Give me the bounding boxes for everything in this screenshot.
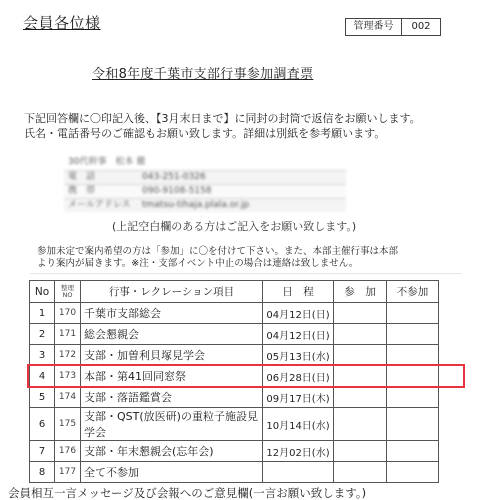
footer-message-heading: 会員相互一言メッセージ及び会報へのご意見欄(一言お願い致します。) — [8, 485, 366, 500]
notes-line-1: 参加未定で案内希望の方は「参加」に〇を付けて下さい。また、本部主催行事は本部 — [37, 246, 398, 258]
cell-serial: 176 — [55, 441, 81, 462]
cell-attend-checkbox[interactable] — [334, 462, 387, 483]
cell-no: 7 — [30, 441, 55, 462]
contact-key: 携 帯 — [64, 185, 138, 198]
cell-no: 5 — [30, 387, 55, 408]
cell-date: 10月14日(水) — [263, 408, 334, 441]
header-date: 日 程 — [263, 281, 334, 303]
intro-line-2: 氏名・電話番号のご確認もお願い致します。詳細は別紙を参考願います。 — [24, 126, 421, 141]
table-row: 8 177 全て不参加 — [30, 462, 439, 483]
cell-item: 本部・第41回同窓祭 — [81, 366, 263, 387]
event-participation-table: No 整理 NO 行事・レクレーション項目 日 程 参 加 不参加 1 170 … — [29, 280, 439, 483]
addressee-heading: 会員各位様 — [23, 12, 101, 33]
cell-serial: 171 — [55, 324, 81, 345]
cell-item: 支部・落語鑑賞会 — [81, 387, 263, 408]
cell-attend-checkbox[interactable] — [334, 303, 387, 324]
cell-attend-checkbox[interactable] — [334, 324, 387, 345]
table-row: 7 176 支部・年末懇親会(忘年会) 12月02日(水) — [30, 441, 439, 462]
management-number-value: 002 — [402, 19, 440, 35]
cell-serial: 173 — [55, 366, 81, 387]
cell-date: 09月17日(木) — [263, 387, 334, 408]
table-row: 5 174 支部・落語鑑賞会 09月17日(木) — [30, 387, 439, 408]
contact-value: 090-9108-5158 — [138, 185, 346, 198]
cell-attend-checkbox[interactable] — [334, 366, 387, 387]
notes-line-2: より案内が届きます。※注・支部イベント中止の場合は連絡は致しません。 — [37, 258, 398, 270]
cell-not-attend-checkbox[interactable] — [387, 408, 439, 441]
notes-divider — [30, 273, 462, 274]
cell-item: 支部・QST(放医研)の重粒子施設見学会 — [81, 408, 263, 441]
contact-note: (上記空白欄のある方はご記入をお願い致します。) — [112, 218, 356, 234]
cell-date: 06月28日(日) — [263, 366, 334, 387]
contact-block-blurred: 30代幹事 松本 徹 電 話 043-251-0326 携 帯 090-9108… — [64, 154, 346, 212]
cell-date: 05月13日(水) — [263, 345, 334, 366]
intro-text: 下記回答欄に〇印記入後、【3月末日まで】に同封の封筒で返信をお願いします。 氏名… — [24, 111, 421, 141]
cell-no: 2 — [30, 324, 55, 345]
intro-line-1: 下記回答欄に〇印記入後、【3月末日まで】に同封の封筒で返信をお願いします。 — [24, 111, 421, 126]
table-row: 1 170 千葉市支部総会 04月12日(日) — [30, 303, 439, 324]
cell-attend-checkbox[interactable] — [334, 408, 387, 441]
cell-not-attend-checkbox[interactable] — [387, 324, 439, 345]
header-serial: 整理 NO — [55, 281, 81, 303]
cell-not-attend-checkbox[interactable] — [387, 387, 439, 408]
table-row: 3 172 支部・加曽利貝塚見学会 05月13日(水) — [30, 345, 439, 366]
cell-no: 8 — [30, 462, 55, 483]
contact-row-email: メールアドレス tmatsu-tihaja.plala.or.jp — [64, 198, 346, 212]
contact-value: tmatsu-tihaja.plala.or.jp — [138, 199, 346, 212]
header-not-attend: 不参加 — [387, 281, 439, 303]
cell-serial: 170 — [55, 303, 81, 324]
cell-no: 4 — [30, 366, 55, 387]
cell-attend-checkbox[interactable] — [334, 387, 387, 408]
cell-item: 全て不参加 — [81, 462, 263, 483]
cell-no: 1 — [30, 303, 55, 324]
header-item: 行事・レクレーション項目 — [81, 281, 263, 303]
cell-attend-checkbox[interactable] — [334, 345, 387, 366]
table-row: 6 175 支部・QST(放医研)の重粒子施設見学会 10月14日(水) — [30, 408, 439, 441]
cell-item: 総会懇親会 — [81, 324, 263, 345]
cell-date: 04月12日(日) — [263, 303, 334, 324]
cell-serial: 172 — [55, 345, 81, 366]
cell-item: 千葉市支部総会 — [81, 303, 263, 324]
cell-no: 3 — [30, 345, 55, 366]
header-serial-bottom: NO — [55, 292, 80, 299]
management-number-box: 管理番号 002 — [345, 18, 441, 36]
contact-row-phone: 電 話 043-251-0326 — [64, 170, 346, 184]
notes-text: 参加未定で案内希望の方は「参加」に〇を付けて下さい。また、本部主催行事は本部 よ… — [37, 246, 398, 270]
table-header-row: No 整理 NO 行事・レクレーション項目 日 程 参 加 不参加 — [30, 281, 439, 303]
cell-date: 12月02日(水) — [263, 441, 334, 462]
contact-key: 電 話 — [64, 171, 138, 184]
management-number-label: 管理番号 — [346, 19, 402, 35]
cell-serial: 175 — [55, 408, 81, 441]
cell-not-attend-checkbox[interactable] — [387, 462, 439, 483]
cell-no: 6 — [30, 408, 55, 441]
table-row-highlighted: 4 173 本部・第41回同窓祭 06月28日(日) — [30, 366, 439, 387]
contact-name: 30代幹事 松本 徹 — [64, 154, 346, 170]
cell-not-attend-checkbox[interactable] — [387, 345, 439, 366]
header-no: No — [30, 281, 55, 303]
document-title: 令和8年度千葉市支部行事参加調査票 — [92, 63, 313, 82]
contact-key: メールアドレス — [64, 199, 138, 212]
cell-not-attend-checkbox[interactable] — [387, 441, 439, 462]
table-row: 2 171 総会懇親会 04月12日(日) — [30, 324, 439, 345]
cell-serial: 174 — [55, 387, 81, 408]
cell-item: 支部・年末懇親会(忘年会) — [81, 441, 263, 462]
cell-serial: 177 — [55, 462, 81, 483]
cell-not-attend-checkbox[interactable] — [387, 303, 439, 324]
header-attend: 参 加 — [334, 281, 387, 303]
cell-item: 支部・加曽利貝塚見学会 — [81, 345, 263, 366]
contact-row-mobile: 携 帯 090-9108-5158 — [64, 184, 346, 198]
contact-value: 043-251-0326 — [138, 171, 346, 184]
cell-date — [263, 462, 334, 483]
cell-date: 04月12日(日) — [263, 324, 334, 345]
cell-not-attend-checkbox[interactable] — [387, 366, 439, 387]
cell-attend-checkbox[interactable] — [334, 441, 387, 462]
